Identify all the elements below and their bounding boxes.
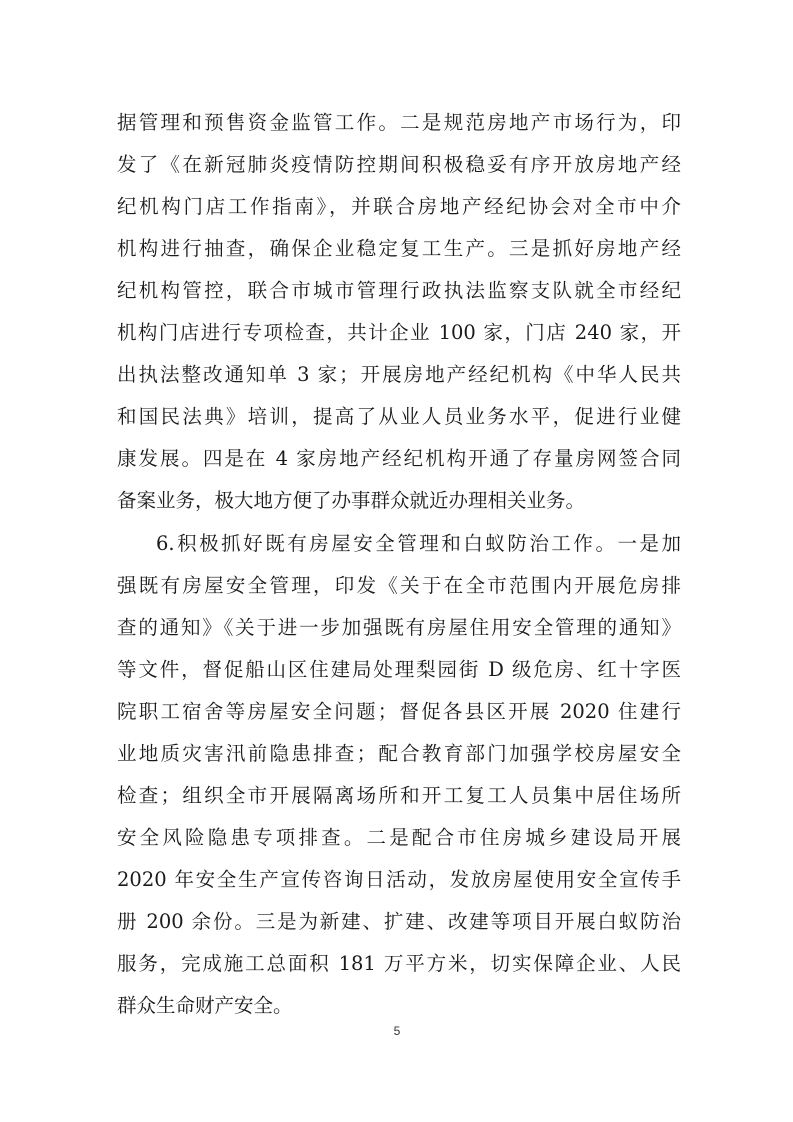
text-line: 纪机构管控，联合市城市管理行政执法监察支队就全市经纪 [117, 276, 681, 306]
text-line: 和国民法典》培训，提高了从业人员业务水平，促进行业健 [117, 402, 681, 432]
text-line: 群众生命财产安全。 [117, 991, 681, 1021]
text-line: 检查；组织全市开展隔离场所和开工复工人员集中居住场所 [117, 781, 681, 811]
text-line: 据管理和预售资金监管工作。二是规范房地产市场行为，印 [117, 108, 681, 138]
text-line: 纪机构门店工作指南》，并联合房地产经纪协会对全市中介 [117, 192, 681, 222]
text-line: 强既有房屋安全管理，印发《关于在全市范围内开展危房排 [117, 571, 681, 601]
text-line: 机构门店进行专项检查，共计企业 100 家，门店 240 家，开 [117, 318, 681, 348]
text-line: 安全风险隐患专项排查。二是配合市住房城乡建设局开展 [117, 823, 681, 853]
text-line: 业地质灾害汛前隐患排查；配合教育部门加强学校房屋安全 [117, 739, 681, 769]
text-line: 发了《在新冠肺炎疫情防控期间积极稳妥有序开放房地产经 [117, 150, 681, 180]
text-line: 服务，完成施工总面积 181 万平方米，切实保障企业、人民 [117, 949, 681, 979]
text-line: 院职工宿舍等房屋安全问题；督促各县区开展 2020 住建行 [117, 697, 681, 727]
document-page: 据管理和预售资金监管工作。二是规范房地产市场行为，印 发了《在新冠肺炎疫情防控期… [0, 0, 793, 1122]
text-line: 机构进行抽查，确保企业稳定复工生产。三是抓好房地产经 [117, 234, 681, 264]
text-line: 查的通知》《关于进一步加强既有房屋住用安全管理的通知》 [117, 613, 681, 643]
text-line: 备案业务，极大地方便了办事群众就近办理相关业务。 [117, 486, 681, 516]
text-line: 出执法整改通知单 3 家；开展房地产经纪机构《中华人民共 [117, 360, 681, 390]
page-number: 5 [390, 1024, 404, 1038]
text-line: 康发展。四是在 4 家房地产经纪机构开通了存量房网签合同 [117, 444, 681, 474]
section-heading-line: 6.积极抓好既有房屋安全管理和白蚁防治工作。一是加 [156, 529, 681, 559]
text-line: 册 200 余份。三是为新建、扩建、改建等项目开展白蚁防治 [117, 907, 681, 937]
text-line: 2020 年安全生产宣传咨询日活动，发放房屋使用安全宣传手 [117, 865, 681, 895]
text-line: 等文件，督促船山区住建局处理梨园街 D 级危房、红十字医 [117, 655, 681, 685]
